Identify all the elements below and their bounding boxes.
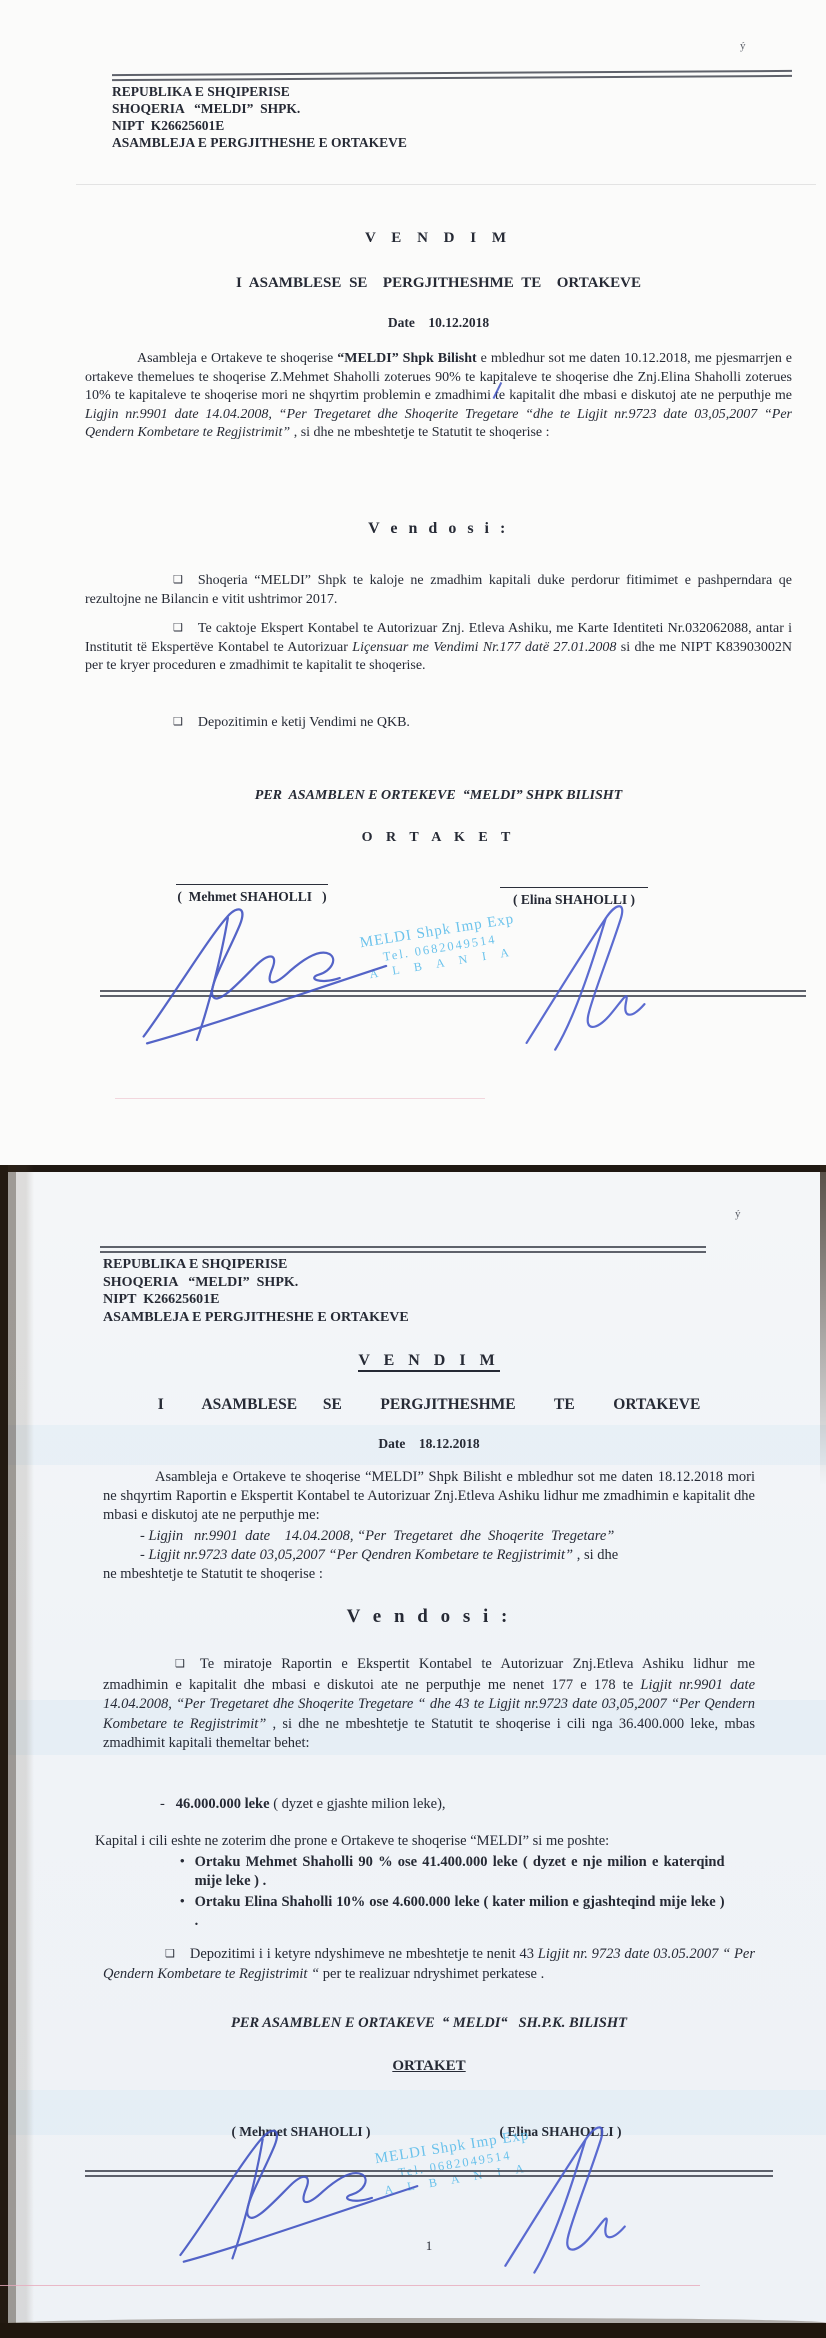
amount-dash: - bbox=[160, 1796, 165, 1812]
closing-line-p2: PER ASAMBLEN E ORTAKEVE “ MELDI“ SH.P.K.… bbox=[103, 2015, 755, 2032]
decision-title-text: V E N D I M bbox=[358, 1352, 499, 1372]
scan-artifact-mark: ý bbox=[735, 1208, 741, 1220]
letterhead-assembly-line: ASAMBLEJA E PERGJITHESHE E ORTAKEVE bbox=[103, 1309, 409, 1327]
signature-line-right bbox=[500, 887, 648, 888]
decision-item-text: Depozitimin e ketij Vendimi ne QKB. bbox=[198, 715, 410, 730]
closing-line: PER ASAMBLEN E ORTEKEVE “MELDI” SHPK BIL… bbox=[85, 788, 792, 804]
header-double-rule-p2 bbox=[100, 1246, 706, 1253]
new-capital-amount: - 46.000.000 leke ( dyzet e gjashte mili… bbox=[160, 1795, 755, 1814]
company-letterhead: REPUBLIKA E SHQIPERISE SHOQERIA “MELDI” … bbox=[112, 83, 407, 151]
decision-title: V E N D I M bbox=[85, 230, 792, 247]
pen-corrected-word: te bbox=[495, 388, 505, 403]
deposit-text: Depozitimi i i ketyre ndyshimeve ne mbes… bbox=[190, 1946, 538, 1962]
mehmet-signature bbox=[135, 896, 393, 1048]
owner-share-text: Ortaku Mehmet Shaholli 90 % ose 41.400.0… bbox=[195, 1853, 725, 1891]
company-letterhead-p2: REPUBLIKA E SHQIPERISE SHOQERIA “MELDI” … bbox=[103, 1256, 409, 1326]
letterhead-nipt-line: NIPT K26625601E bbox=[112, 117, 407, 134]
approval-item: ❑Te miratoje Raportin e Ekspertit Kontab… bbox=[103, 1655, 755, 1754]
law-reference-line-1: - Ligjin nr.9901 date 14.04.2008, “Per T… bbox=[140, 1527, 755, 1546]
elina-signature bbox=[492, 893, 674, 1053]
vendosi-heading-p2: V e n d o s i : bbox=[103, 1606, 755, 1628]
letterhead-nipt-line: NIPT K26625601E bbox=[103, 1291, 409, 1309]
dot-bullet-icon: • bbox=[180, 1893, 185, 1931]
letterhead-republic-line: REPUBLIKA E SHQIPERISE bbox=[112, 83, 407, 100]
faint-pink-rule-p2 bbox=[0, 2285, 700, 2286]
header-double-rule bbox=[112, 70, 792, 81]
letterhead-company-line: SHOQERIA “MELDI” SHPK. bbox=[103, 1274, 409, 1292]
statute-support-line: ne mbeshtetje te Statutit te shoqerise : bbox=[103, 1565, 755, 1584]
amount-value: 46.000.000 leke bbox=[176, 1796, 270, 1812]
signature-line-left bbox=[176, 884, 328, 885]
law-reference-tail: , si dhe bbox=[573, 1547, 618, 1563]
faint-scan-rule bbox=[76, 184, 816, 185]
square-bullet-icon: ❑ bbox=[173, 716, 183, 728]
page-number: 1 bbox=[103, 2238, 755, 2254]
intro-text: Asambleja e Ortakeve te shoqerise “MELDI… bbox=[103, 1469, 755, 1523]
decision-subtitle: I ASAMBLESE SE PERGJITHESHME TE ORTAKEVE bbox=[85, 275, 792, 292]
faint-pink-rule bbox=[115, 1098, 485, 1099]
law-reference-line-2: - Ligjit nr.9723 date 03,05,2007 “Per Qe… bbox=[140, 1546, 755, 1565]
deposit-text: per te realizuar ndryshimet perkatese . bbox=[319, 1966, 544, 1982]
deposit-item-p2: ❑Depozitimi i i ketyre ndyshimeve ne mbe… bbox=[103, 1945, 755, 1984]
scan-artifact-mark: ý bbox=[740, 40, 746, 52]
decision-date-p2: Date 18.12.2018 bbox=[103, 1436, 755, 1452]
intro-paragraph: Asambleja e Ortakeve te shoqerise “MELDI… bbox=[85, 350, 792, 443]
decision-subtitle-p2: I ASAMBLESE SE PERGJITHESHME TE ORTAKEVE bbox=[103, 1396, 755, 1414]
company-name-bold: “MELDI” Shpk Bilisht bbox=[337, 351, 476, 366]
decision-date: Date 10.12.2018 bbox=[85, 315, 792, 331]
letterhead-assembly-line: ASAMBLEJA E PERGJITHESHE E ORTAKEVE bbox=[112, 134, 407, 151]
decision-item-3: ❑Depozitimin e ketij Vendimi ne QKB. bbox=[85, 714, 792, 733]
page-2-bottom-edge bbox=[0, 2323, 826, 2338]
capital-ownership-line: Kapital i cili eshte ne zoterim dhe pron… bbox=[95, 1832, 755, 1851]
owner-share-text: Ortaku Elina Shaholli 10% ose 4.600.000 … bbox=[195, 1893, 725, 1931]
intro-text: Asambleja e Ortakeve te shoqerise bbox=[137, 351, 337, 366]
square-bullet-icon: ❑ bbox=[165, 1948, 175, 1960]
decision-item-text: Shoqeria “MELDI” Shpk te kaloje ne zmadh… bbox=[85, 573, 792, 607]
owner-item-mehmet: • Ortaku Mehmet Shaholli 90 % ose 41.400… bbox=[180, 1853, 736, 1891]
letterhead-republic-line: REPUBLIKA E SHQIPERISE bbox=[103, 1256, 409, 1274]
intro-text: kapitalit dhe mbasi e diskutoj ate ne pe… bbox=[505, 388, 792, 403]
page-2-top-edge bbox=[0, 1165, 826, 1172]
decision-title-p2: V E N D I M bbox=[103, 1352, 755, 1370]
dot-bullet-icon: • bbox=[180, 1853, 185, 1891]
amount-words: ( dyzet e gjashte milion leke), bbox=[270, 1796, 446, 1812]
ortaket-heading: O R T A K E T bbox=[85, 830, 792, 846]
ortaket-heading-p2: ORTAKET bbox=[103, 2058, 755, 2075]
license-reference-italic: Liçensuar me Vendimi Nr.177 datë 27.01.2… bbox=[352, 640, 616, 655]
owner-item-elina: • Ortaku Elina Shaholli 10% ose 4.600.00… bbox=[180, 1893, 736, 1931]
vendosi-heading: V e n d o s i : bbox=[85, 520, 792, 538]
page-2-left-edge bbox=[0, 1165, 40, 2338]
decision-item-2: ❑Te caktoje Ekspert Kontabel te Autorizu… bbox=[85, 620, 792, 676]
square-bullet-icon: ❑ bbox=[173, 574, 183, 586]
page-2-right-edge bbox=[820, 1165, 826, 1485]
square-bullet-icon: ❑ bbox=[173, 622, 183, 634]
intro-paragraph-p2: Asambleja e Ortakeve te shoqerise “MELDI… bbox=[103, 1468, 755, 1525]
scanned-decision-documents: ý REPUBLIKA E SHQIPERISE SHOQERIA “MELDI… bbox=[0, 0, 826, 2338]
owner-list: • Ortaku Mehmet Shaholli 90 % ose 41.400… bbox=[180, 1853, 736, 1931]
letterhead-company-line: SHOQERIA “MELDI” SHPK. bbox=[112, 100, 407, 117]
law-reference-italic: - Ligjit nr.9723 date 03,05,2007 “Per Qe… bbox=[140, 1547, 573, 1563]
decision-item-1: ❑Shoqeria “MELDI” Shpk te kaloje ne zmad… bbox=[85, 572, 792, 609]
square-bullet-icon: ❑ bbox=[175, 1658, 185, 1670]
intro-text: , si dhe ne mbeshtetje te Statutit te sh… bbox=[290, 425, 549, 440]
